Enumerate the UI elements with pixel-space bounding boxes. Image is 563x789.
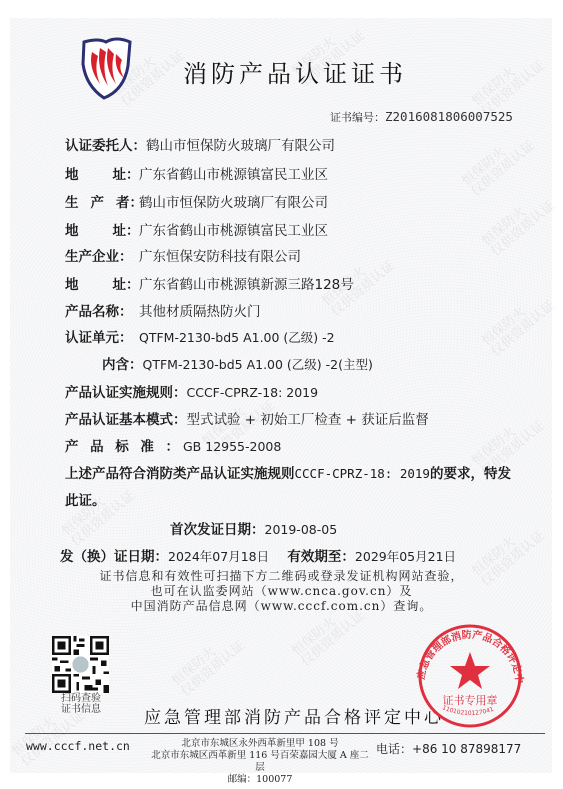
issue-valid-dates: 发（换）证日期：2024年07月18日 有效期至：2029年05月21日 [60,545,456,565]
field-label: 内含： [102,353,143,373]
statement-text: 上述产品符合消防类产品认证实施规则 [65,462,295,482]
svg-text:证书专用章: 证书专用章 [443,693,498,707]
field-client-address: 地址：广东省鹤山市桃源镇富民工业区 [65,163,328,183]
field-rules: 产品认证实施规则：CCCF-CPRZ-18: 2019 [65,381,318,401]
field-label: 认证单元： [65,326,139,346]
field-value: 2029年05月21日 [355,549,456,564]
field-manufacturer: 生产企业：广东恒保安防科技有限公司 [65,245,301,265]
field-label: 地址： [65,219,139,239]
field-label: 产品标准： [65,435,179,455]
note-line: 证书信息和有效性可扫描下方二维码或登录发证机构网站查验， [0,569,563,584]
field-value: 2024年07月18日 [168,549,269,564]
field-mode: 产品认证基本模式：型式试验 + 初始工厂检查 + 获证后监督 [65,408,429,428]
field-value: QTFM-2130-bd5 A1.00 (乙级) -2(主型) [143,357,373,372]
certificate-title: 消防产品认证证书 [183,54,407,89]
field-product-name: 产品名称：其他材质隔热防火门 [65,300,261,320]
field-producer: 生产者：鹤山市恒保防火玻璃厂有限公司 [65,191,328,211]
field-value: GB 12955-2008 [183,439,281,454]
field-label: 首次发证日期： [170,518,265,538]
field-client: 认证委托人：鹤山市恒保防火玻璃厂有限公司 [65,134,335,154]
statement-code: CCCF-CPRZ-18: 2019 [295,466,430,481]
field-label: 发（换）证日期： [60,545,168,565]
field-value: 广东恒保安防科技有限公司 [139,249,301,265]
field-label: 认证委托人： [65,134,146,154]
field-value: 鹤山市恒保防火玻璃厂有限公司 [146,138,335,154]
field-label: 产品认证实施规则： [65,381,187,401]
footer-divider [25,733,545,734]
field-value: 2019-08-05 [265,522,338,537]
field-manufacturer-address: 地址：广东省鹤山市桃源镇新源三路128号 [65,273,354,293]
conformity-statement: 上述产品符合消防类产品认证实施规则CCCF-CPRZ-18: 2019的要求，特… [65,462,511,482]
qr-caption: 扫码查验证书信息 [54,693,108,715]
official-seal-icon: 应急管理部消防产品合格评定中心 证书专用章 11010210127041 [406,618,534,728]
field-label: 有效期至： [287,545,355,565]
field-standard: 产品标准：GB 12955-2008 [65,435,281,455]
field-value: QTFM-2130-bd5 A1.00 (乙级) -2 [139,330,335,345]
footer-website-link[interactable]: www.cccf.net.cn [26,739,130,753]
field-label: 产品名称： [65,300,139,320]
field-value: 其他材质隔热防火门 [139,304,261,320]
field-value: CCCF-CPRZ-18: 2019 [187,385,319,400]
shield-flame-logo-icon [78,34,136,102]
footer-phone: 电话：+86 10 87898177 [376,740,521,757]
field-label: 生产企业： [65,245,139,265]
field-producer-address: 地址：广东省鹤山市桃源镇富民工业区 [65,219,328,239]
statement-text: 的要求，特发 [430,462,511,482]
cert-no-value: Z2016081806007525 [385,109,513,124]
qr-code[interactable] [51,636,110,693]
field-cert-unit: 认证单元：QTFM-2130-bd5 A1.00 (乙级) -2 [65,326,335,346]
certificate-number: 证书编号：Z2016081806007525 [330,109,513,125]
statement-text: 此证。 [65,489,106,509]
field-value: 广东省鹤山市桃源镇富民工业区 [139,223,328,239]
conformity-statement-end: 此证。 [65,489,106,509]
field-label: 地址： [65,273,139,293]
field-value: 广东省鹤山市桃源镇新源三路128号 [139,277,354,293]
field-value: 鹤山市恒保防火玻璃厂有限公司 [139,195,328,211]
verification-note: 证书信息和有效性可扫描下方二维码或登录发证机构网站查验， 也可在认监委网站（ww… [0,569,563,614]
first-issue-date: 首次发证日期：2019-08-05 [170,518,337,538]
field-label: 生产者： [65,191,139,211]
field-label: 地址： [65,163,139,183]
issuing-authority: 应急管理部消防产品合格评定中心 [144,703,444,728]
field-value: 型式试验 + 初始工厂检查 + 获证后监督 [187,412,429,428]
cert-no-label: 证书编号： [330,111,385,124]
note-line: 中国消防产品信息网（www.cccf.com.cn）查询。 [0,599,563,614]
field-includes: 内含：QTFM-2130-bd5 A1.00 (乙级) -2(主型) [102,353,373,373]
note-line: 也可在认监委网站（www.cnca.gov.cn）及 [0,584,563,599]
footer-address: 北京市东城区永外西革新里甲 108 号 北京市东城区西革新里 116 号百荣嘉园… [150,738,370,786]
field-label: 产品认证基本模式： [65,408,187,428]
field-value: 广东省鹤山市桃源镇富民工业区 [139,167,328,183]
